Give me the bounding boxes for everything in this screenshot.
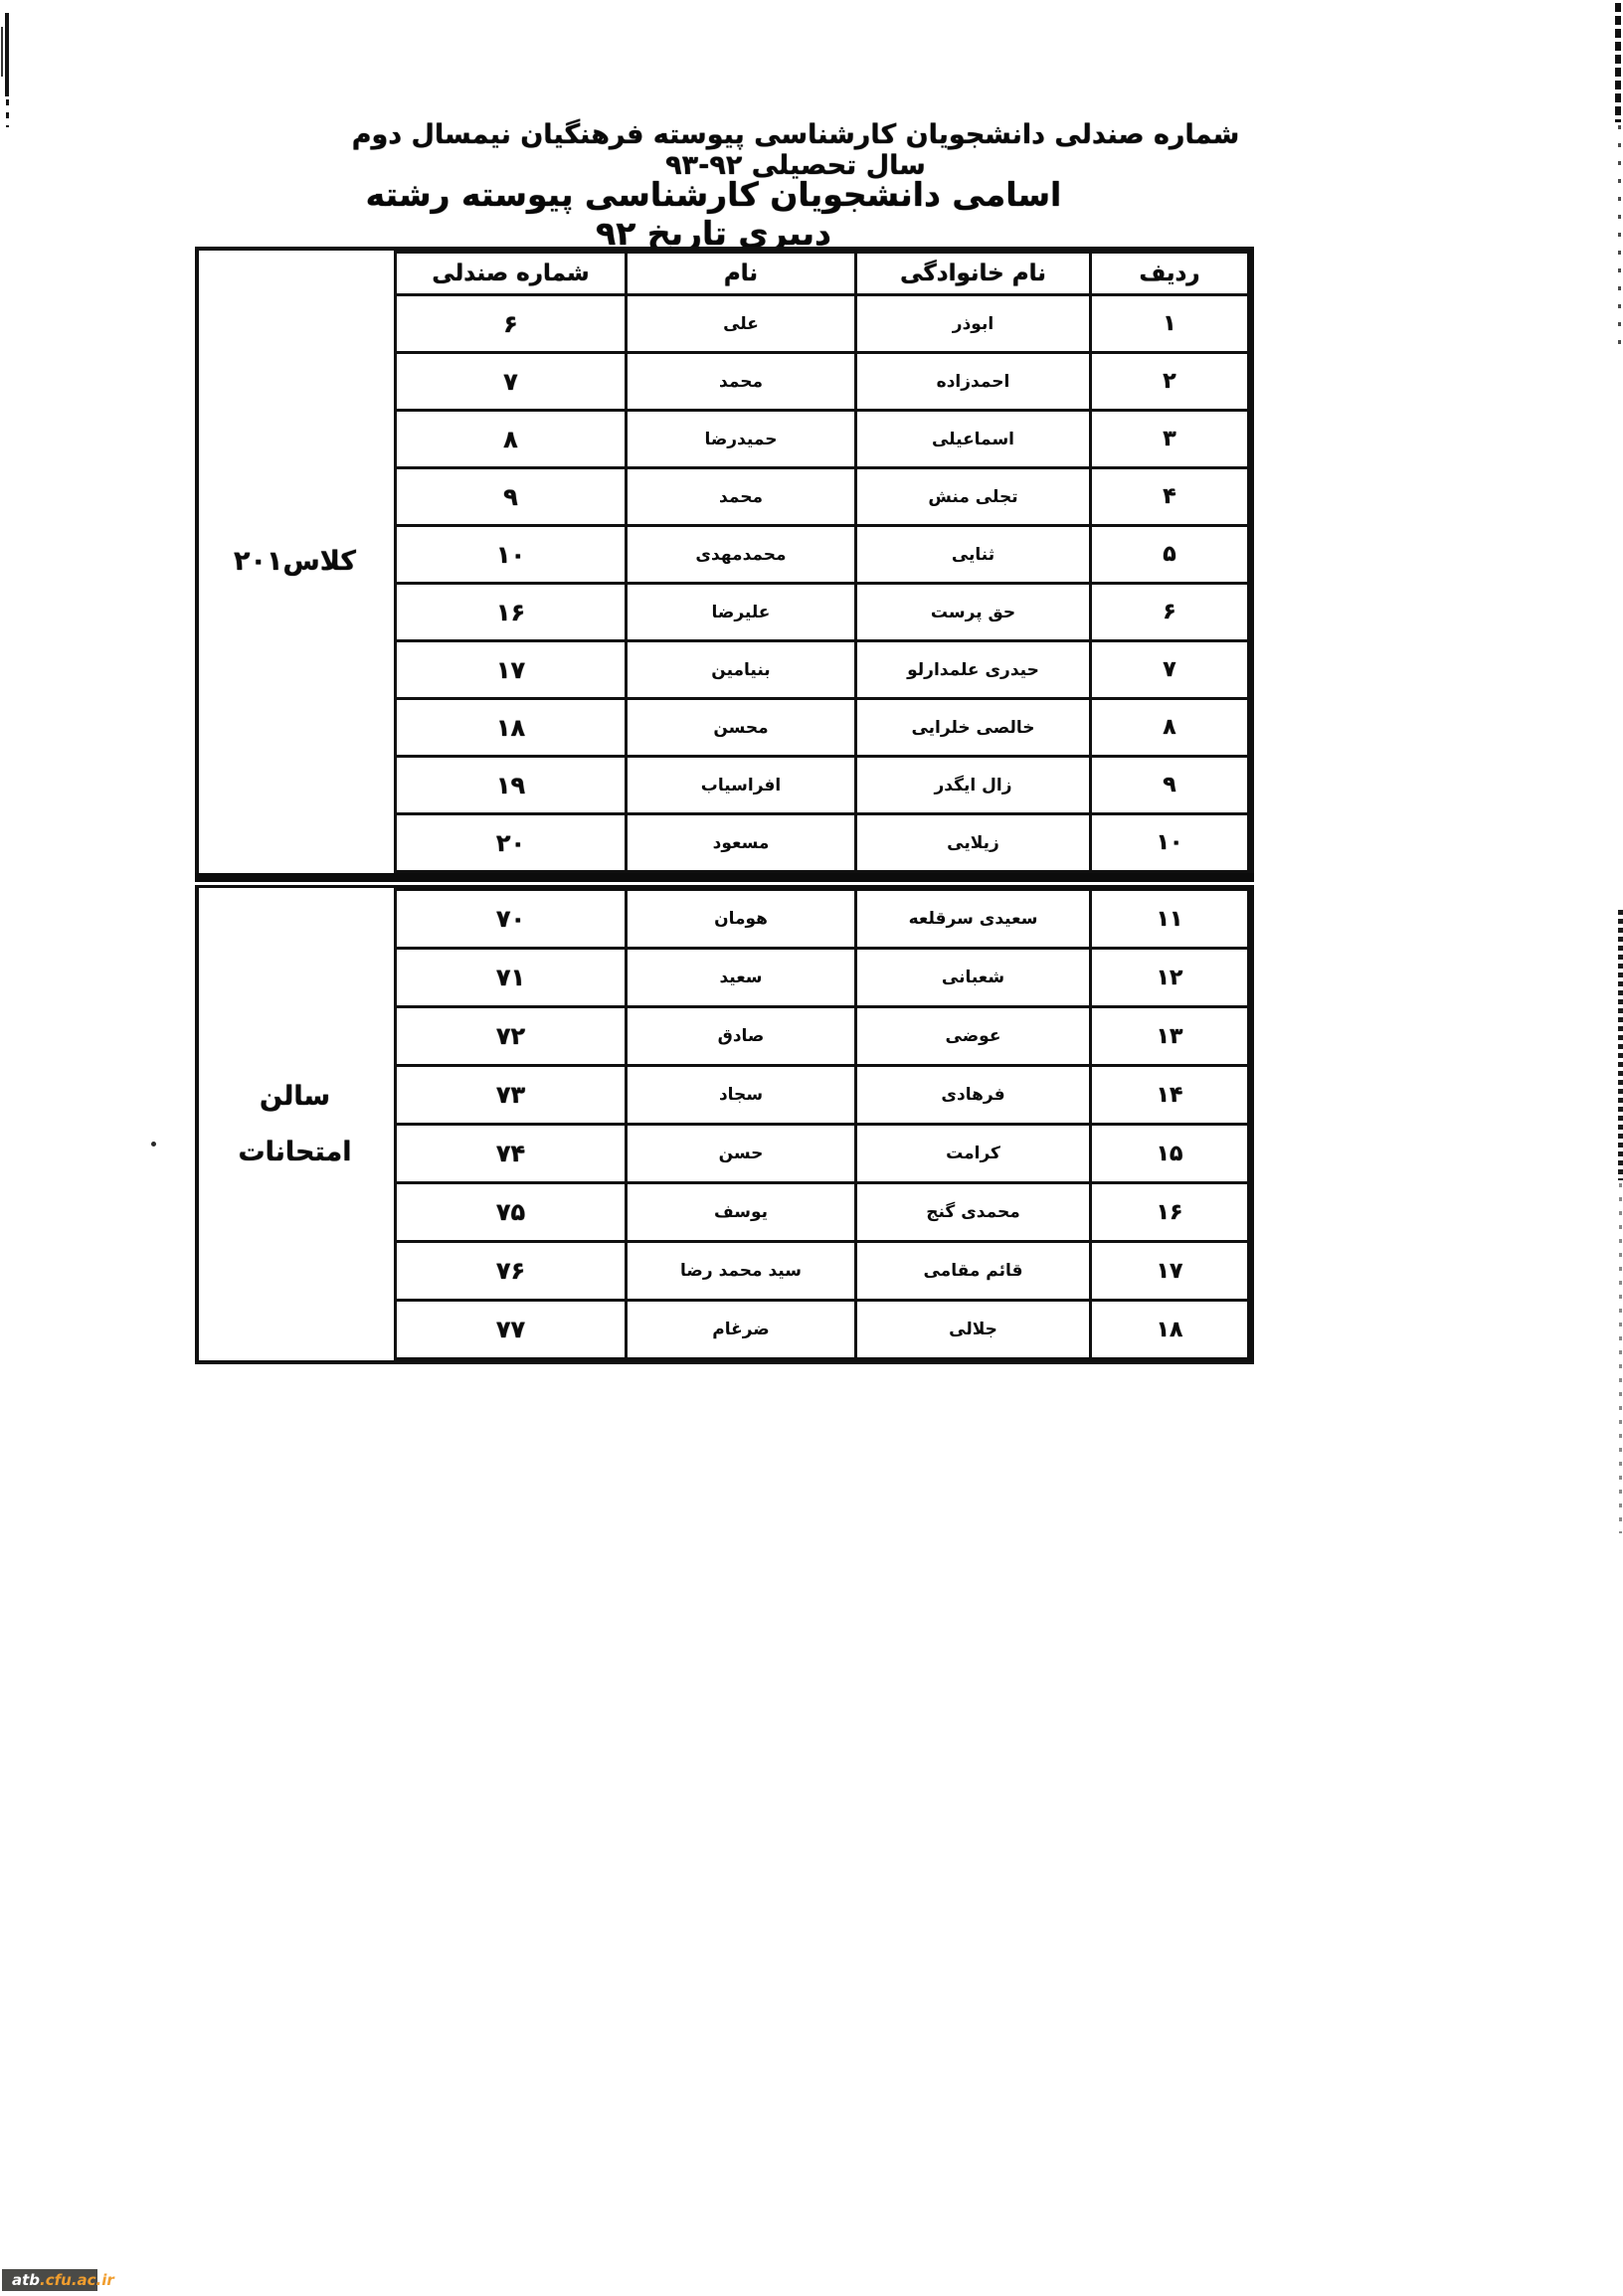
first-name-cell: صادق	[627, 1007, 856, 1066]
document-title-line-2: اسامی دانشجویان کارشناسی پیوسته رشته دبی…	[328, 175, 1099, 253]
family-name-cell: حق پرست	[856, 584, 1091, 641]
first-name-cell: هومان	[627, 890, 856, 949]
watermark-prefix: atb	[12, 2271, 40, 2289]
family-name-cell: تجلی منش	[856, 468, 1091, 526]
first-name-cell: سید محمد رضا	[627, 1242, 856, 1301]
section-separator-thick-line	[195, 873, 1254, 882]
row-number-cell: ۱۰	[1091, 814, 1249, 872]
seat-number-cell: ۷۲	[396, 1007, 627, 1066]
row-number-cell: ۸	[1091, 699, 1249, 757]
family-name-cell: سعیدی سرقلعه	[856, 890, 1091, 949]
first-name-cell: علیرضا	[627, 584, 856, 641]
table-row: ۱۳ عوضی صادق ۷۲	[396, 1007, 1249, 1066]
seat-number-cell: ۷۶	[396, 1242, 627, 1301]
table-row: ۱۶ محمدی گنج یوسف ۷۵	[396, 1183, 1249, 1242]
table-row: ۸ خالصی خلرایی محسن ۱۸	[396, 699, 1249, 757]
header-row-number: ردیف	[1091, 253, 1249, 295]
table-row: ۴ تجلی منش محمد ۹	[396, 468, 1249, 526]
seat-number-cell: ۷۰	[396, 890, 627, 949]
row-number-cell: ۱۳	[1091, 1007, 1249, 1066]
seat-number-cell: ۶	[396, 295, 627, 353]
family-name-cell: شعبانی	[856, 949, 1091, 1007]
table-row: ۶ حق پرست علیرضا ۱۶	[396, 584, 1249, 641]
first-name-cell: مسعود	[627, 814, 856, 872]
table-row: ۱۱ سعیدی سرقلعه هومان ۷۰	[396, 890, 1249, 949]
seating-table-section-2: ۱۱ سعیدی سرقلعه هومان ۷۰ ۱۲ شعبانی سعید …	[195, 885, 1254, 1364]
family-name-cell: خالصی خلرایی	[856, 699, 1091, 757]
row-number-cell: ۳	[1091, 411, 1249, 468]
seat-number-cell: ۱۶	[396, 584, 627, 641]
first-name-cell: علی	[627, 295, 856, 353]
table-row: ۱۲ شعبانی سعید ۷۱	[396, 949, 1249, 1007]
watermark-suffix: .cfu.ac.ir	[40, 2271, 114, 2289]
first-name-cell: محسن	[627, 699, 856, 757]
scan-artifact-top-right-dashes	[1618, 125, 1621, 352]
first-name-cell: سعید	[627, 949, 856, 1007]
family-name-cell: اسماعیلی	[856, 411, 1091, 468]
seat-number-cell: ۱۸	[396, 699, 627, 757]
family-name-cell: جلالی	[856, 1301, 1091, 1359]
location-label-class-201: کلاس۲۰۱	[196, 251, 394, 873]
seat-number-cell: ۷۴	[396, 1125, 627, 1183]
seating-table: ردیف نام خانوادگی نام شماره صندلی ۱ ابوذ…	[195, 247, 1254, 1364]
row-number-cell: ۱۲	[1091, 949, 1249, 1007]
row-number-cell: ۲	[1091, 353, 1249, 411]
first-name-cell: محمدمهدی	[627, 526, 856, 584]
location-label-line: کلاس۲۰۱	[234, 547, 356, 577]
seat-number-cell: ۹	[396, 468, 627, 526]
row-number-cell: ۱	[1091, 295, 1249, 353]
scanned-document-page: { "page": { "title_line1": "شماره صندلی …	[0, 0, 1623, 2296]
first-name-cell: محمد	[627, 353, 856, 411]
location-label-line: امتحانات	[239, 1138, 352, 1167]
table-row: ۵ ثنایی محمدمهدی ۱۰	[396, 526, 1249, 584]
table-row: ۷ حیدری علمدارلو بنیامین ۱۷	[396, 641, 1249, 699]
site-watermark: atb.cfu.ac.ir	[2, 2269, 97, 2291]
seat-number-cell: ۷	[396, 353, 627, 411]
family-name-cell: احمدزاده	[856, 353, 1091, 411]
table-row: ۱ ابوذر علی ۶	[396, 295, 1249, 353]
row-number-cell: ۱۸	[1091, 1301, 1249, 1359]
seat-number-cell: ۲۰	[396, 814, 627, 872]
section-2-table: ۱۱ سعیدی سرقلعه هومان ۷۰ ۱۲ شعبانی سعید …	[394, 888, 1250, 1360]
scan-artifact-top-left-thin-line	[1, 27, 3, 77]
row-number-cell: ۶	[1091, 584, 1249, 641]
table-row: ۱۵ کرامت حسن ۷۴	[396, 1125, 1249, 1183]
seat-number-cell: ۱۷	[396, 641, 627, 699]
table-row: ۳ اسماعیلی حمیدرضا ۸	[396, 411, 1249, 468]
document-title-line-1: شماره صندلی دانشجویان کارشناسی پیوسته فر…	[328, 119, 1263, 181]
seat-number-cell: ۷۳	[396, 1066, 627, 1125]
seat-number-cell: ۸	[396, 411, 627, 468]
seat-number-cell: ۷۷	[396, 1301, 627, 1359]
family-name-cell: زیلایی	[856, 814, 1091, 872]
seat-number-cell: ۱۰	[396, 526, 627, 584]
family-name-cell: ثنایی	[856, 526, 1091, 584]
table-row: ۱۰ زیلایی مسعود ۲۰	[396, 814, 1249, 872]
table-row: ۱۷ قائم مقامی سید محمد رضا ۷۶	[396, 1242, 1249, 1301]
first-name-cell: یوسف	[627, 1183, 856, 1242]
scan-artifact-top-left-dashes	[6, 99, 9, 127]
table-row: ۱۸ جلالی ضرغام ۷۷	[396, 1301, 1249, 1359]
family-name-cell: عوضی	[856, 1007, 1091, 1066]
row-number-cell: ۹	[1091, 757, 1249, 814]
family-name-cell: حیدری علمدارلو	[856, 641, 1091, 699]
scan-artifact-top-left-line	[5, 13, 9, 96]
row-number-cell: ۱۵	[1091, 1125, 1249, 1183]
scan-artifact-top-right-line	[1615, 3, 1621, 122]
row-number-cell: ۱۱	[1091, 890, 1249, 949]
first-name-cell: حسن	[627, 1125, 856, 1183]
first-name-cell: سجاد	[627, 1066, 856, 1125]
row-number-cell: ۱۴	[1091, 1066, 1249, 1125]
row-number-cell: ۱۶	[1091, 1183, 1249, 1242]
first-name-cell: حمیدرضا	[627, 411, 856, 468]
scan-artifact-stray-dot	[151, 1142, 156, 1147]
family-name-cell: محمدی گنج	[856, 1183, 1091, 1242]
scan-artifact-right-edge-speckle-light	[1619, 1183, 1622, 1533]
first-name-cell: محمد	[627, 468, 856, 526]
family-name-cell: ابوذر	[856, 295, 1091, 353]
family-name-cell: قائم مقامی	[856, 1242, 1091, 1301]
table-header-row: ردیف نام خانوادگی نام شماره صندلی	[396, 253, 1249, 295]
row-number-cell: ۷	[1091, 641, 1249, 699]
seating-table-section-1: ردیف نام خانوادگی نام شماره صندلی ۱ ابوذ…	[195, 247, 1254, 873]
table-row: ۲ احمدزاده محمد ۷	[396, 353, 1249, 411]
seat-number-cell: ۷۵	[396, 1183, 627, 1242]
row-number-cell: ۱۷	[1091, 1242, 1249, 1301]
seat-number-cell: ۷۱	[396, 949, 627, 1007]
first-name-cell: بنیامین	[627, 641, 856, 699]
header-seat-number: شماره صندلی	[396, 253, 627, 295]
header-family-name: نام خانوادگی	[856, 253, 1091, 295]
header-first-name: نام	[627, 253, 856, 295]
table-row: ۹ زال ایگدر افراسیاب ۱۹	[396, 757, 1249, 814]
first-name-cell: ضرغام	[627, 1301, 856, 1359]
row-number-cell: ۵	[1091, 526, 1249, 584]
table-row: ۱۴ فرهادی سجاد ۷۳	[396, 1066, 1249, 1125]
location-label-exam-hall: سالنامتحانات	[196, 888, 394, 1360]
first-name-cell: افراسیاب	[627, 757, 856, 814]
row-number-cell: ۴	[1091, 468, 1249, 526]
section-1-table: ردیف نام خانوادگی نام شماره صندلی ۱ ابوذ…	[394, 251, 1250, 873]
seat-number-cell: ۱۹	[396, 757, 627, 814]
location-label-line: سالن	[260, 1082, 330, 1112]
scan-artifact-right-edge-speckle	[1618, 910, 1623, 1180]
family-name-cell: کرامت	[856, 1125, 1091, 1183]
family-name-cell: زال ایگدر	[856, 757, 1091, 814]
family-name-cell: فرهادی	[856, 1066, 1091, 1125]
